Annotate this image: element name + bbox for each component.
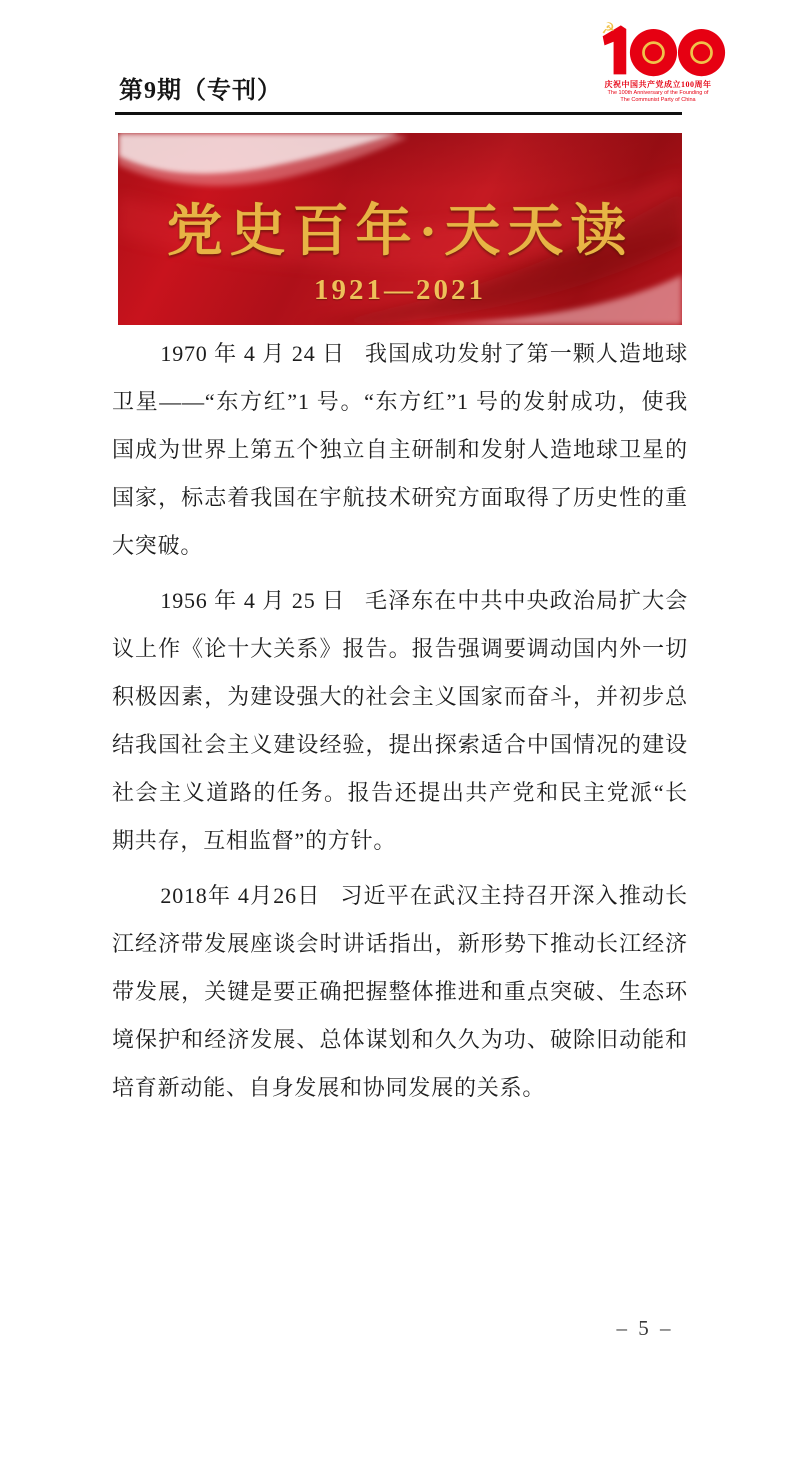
article-paragraph: 1956 年 4 月 25 日毛泽东在中共中央政治局扩大会议上作《论十大关系》报…: [112, 577, 688, 865]
logo-digit-0-second: [678, 29, 725, 76]
logo-caption-chinese: 庆祝中国共产党成立100周年: [588, 80, 728, 90]
page-number: – 5 –: [600, 1316, 690, 1341]
document-page: 第9期（专刊） ☭ 庆祝中国共产党成立100周年 The 100th Anniv…: [0, 0, 800, 1470]
banner-image: 党史百年·天天读 1921—2021: [118, 133, 682, 325]
anniversary-100-logo: ☭ 庆祝中国共产党成立100周年 The 100th Anniversary o…: [588, 18, 728, 103]
logo-caption-english-line2: The Communist Party of China: [588, 97, 728, 104]
article-text: 毛泽东在中共中央政治局扩大会议上作《论十大关系》报告。报告强调要调动国内外一切积…: [112, 588, 688, 853]
banner-years: 1921—2021: [118, 274, 682, 307]
article-date: 1970 年 4 月 24 日: [160, 341, 345, 366]
logo-digit-0-first: [630, 29, 677, 76]
banner-title: 党史百年·天天读: [118, 187, 682, 267]
logo-100-graphic: ☭: [590, 18, 726, 80]
hammer-sickle-icon: ☭: [601, 20, 615, 38]
article-paragraph: 2018年 4月26日习近平在武汉主持召开深入推动长江经济带发展座谈会时讲话指出…: [112, 872, 688, 1112]
logo-caption-english-line1: The 100th Anniversary of the Founding of: [588, 90, 728, 97]
article-text: 我国成功发射了第一颗人造地球卫星——“东方红”1 号。“东方红”1 号的发射成功…: [112, 341, 688, 558]
article-date: 1956 年 4 月 25 日: [160, 588, 345, 613]
article-text: 习近平在武汉主持召开深入推动长江经济带发展座谈会时讲话指出，新形势下推动长江经济…: [112, 883, 688, 1100]
article-paragraph: 1970 年 4 月 24 日我国成功发射了第一颗人造地球卫星——“东方红”1 …: [112, 330, 688, 570]
header-rule: [115, 112, 682, 115]
article-date: 2018年 4月26日: [160, 883, 320, 908]
article-body: 1970 年 4 月 24 日我国成功发射了第一颗人造地球卫星——“东方红”1 …: [112, 330, 688, 1119]
issue-label: 第9期（专刊）: [119, 70, 282, 105]
